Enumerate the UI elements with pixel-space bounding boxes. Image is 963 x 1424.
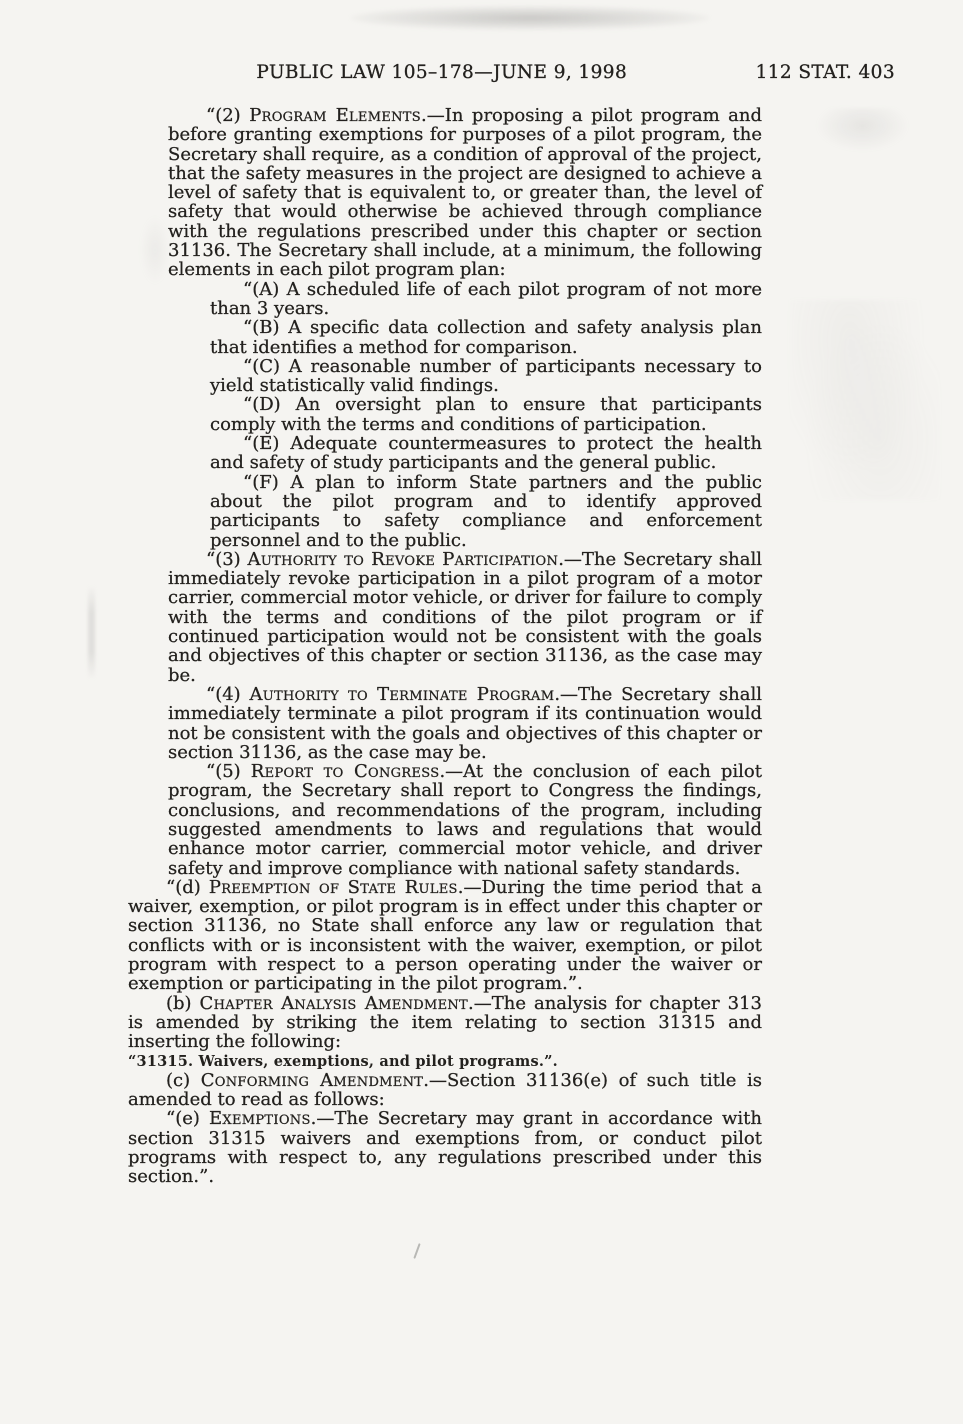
subsection-e-exemptions: “(e) Exemptions.—The Secretary may grant… xyxy=(128,1109,762,1186)
paragraph-2-program-elements: “(2) Program Elements.—In proposing a pi… xyxy=(128,106,762,280)
analysis-item-text: “31315. Waivers, exemptions, and pilot p… xyxy=(128,1053,558,1070)
subparagraph-B: “(B) A specific data collection and safe… xyxy=(128,318,762,357)
paragraph-3-authority-to-revoke: “(3) Authority to Revoke Participation.—… xyxy=(128,550,762,685)
paragraph-heading: Report to Congress xyxy=(251,761,440,782)
scan-artifact-slash-mark xyxy=(413,1243,420,1259)
law-title: PUBLIC LAW 105–178—JUNE 9, 1998 xyxy=(128,62,756,83)
chapter-analysis-item: “31315. Waivers, exemptions, and pilot p… xyxy=(128,1052,762,1071)
paragraph-lead: “(e) xyxy=(166,1108,209,1129)
paragraph-5-report-to-congress: “(5) Report to Congress.—At the conclusi… xyxy=(128,762,762,878)
paragraph-lead: (c) xyxy=(166,1070,201,1091)
stat-citation: 112 STAT. 403 xyxy=(756,62,895,83)
paragraph-text: “(E) Adequate countermeasures to protect… xyxy=(210,433,762,473)
paragraph-text: “(B) A specific data collection and safe… xyxy=(210,317,762,357)
paragraph-text: .—In proposing a pilot program and befor… xyxy=(168,105,762,280)
paragraph-text: “(A) A scheduled life of each pilot prog… xyxy=(210,279,762,319)
statute-text-column: “(2) Program Elements.—In proposing a pi… xyxy=(128,106,762,1187)
subparagraph-F: “(F) A plan to inform State partners and… xyxy=(128,473,762,550)
subparagraph-E: “(E) Adequate countermeasures to protect… xyxy=(128,434,762,473)
scan-artifact-top-smudge xyxy=(350,6,710,30)
paragraph-heading: Exemptions xyxy=(209,1108,311,1129)
scanned-statute-page: PUBLIC LAW 105–178—JUNE 9, 1998 112 STAT… xyxy=(0,0,963,1424)
paragraph-heading: Authority to Terminate Program xyxy=(249,684,554,705)
scan-artifact-ghost-right-mid xyxy=(790,300,940,500)
running-head: PUBLIC LAW 105–178—JUNE 9, 1998 112 STAT… xyxy=(128,62,895,83)
scan-artifact-left-streak xyxy=(88,585,95,680)
subsection-d-preemption: “(d) Preemption of State Rules.—During t… xyxy=(128,878,762,994)
paragraph-heading: Preemption of State Rules xyxy=(209,877,458,898)
subsection-c-conforming-amendment: (c) Conforming Amendment.—Section 31136(… xyxy=(128,1071,762,1110)
paragraph-heading: Chapter Analysis Amendment xyxy=(200,993,468,1014)
paragraph-4-authority-to-terminate: “(4) Authority to Terminate Program.—The… xyxy=(128,685,762,762)
subsection-b-chapter-analysis-amendment: (b) Chapter Analysis Amendment.—The anal… xyxy=(128,994,762,1052)
paragraph-lead: “(5) xyxy=(206,761,251,782)
paragraph-lead: “(2) xyxy=(206,105,249,126)
subparagraph-D: “(D) An oversight plan to ensure that pa… xyxy=(128,395,762,434)
paragraph-text: .—The Secretary shall immediately revoke… xyxy=(168,549,762,686)
paragraph-text: “(F) A plan to inform State partners and… xyxy=(210,472,762,551)
paragraph-text: “(D) An oversight plan to ensure that pa… xyxy=(210,394,762,434)
scan-artifact-ghost-right-top xyxy=(815,108,910,152)
paragraph-lead: “(3) xyxy=(206,549,248,570)
paragraph-lead: “(d) xyxy=(166,877,209,898)
subparagraph-A: “(A) A scheduled life of each pilot prog… xyxy=(128,280,762,319)
paragraph-lead: “(4) xyxy=(206,684,249,705)
paragraph-heading: Program Elements xyxy=(249,105,421,126)
paragraph-lead: (b) xyxy=(166,993,200,1014)
subparagraph-C: “(C) A reasonable number of participants… xyxy=(128,357,762,396)
paragraph-heading: Authority to Revoke Participation xyxy=(248,549,559,570)
paragraph-heading: Conforming Amendment xyxy=(201,1070,424,1091)
paragraph-text: “(C) A reasonable number of participants… xyxy=(210,356,762,396)
